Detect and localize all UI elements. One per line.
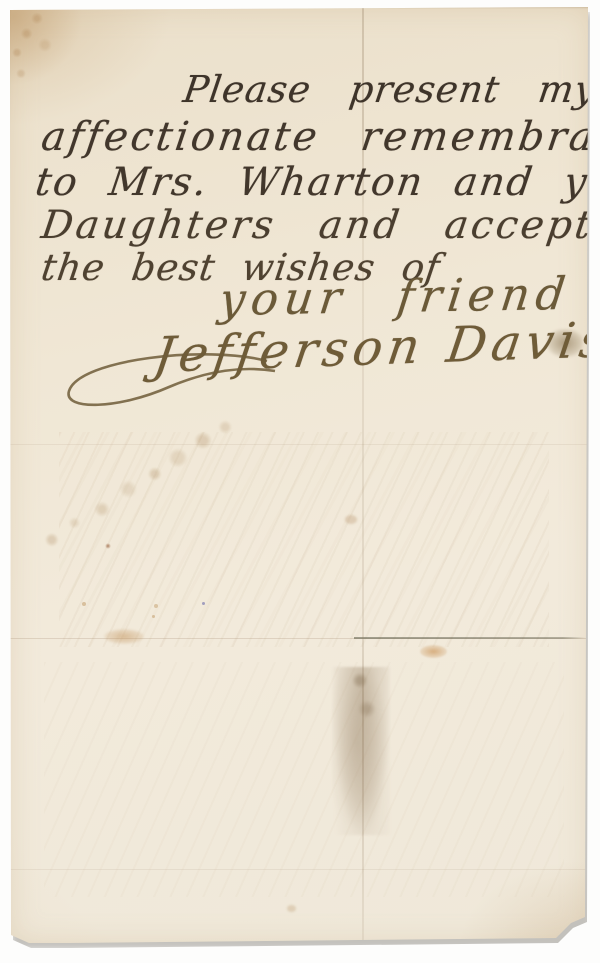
stain-speck (152, 615, 155, 618)
letter-line: Please present my (181, 71, 599, 108)
stain-speck-blue (202, 602, 205, 605)
stain-small-bottom (287, 905, 296, 912)
fold-crease-horizontal-lower (9, 869, 590, 870)
bleed-through-upper (59, 432, 549, 647)
fold-crease-dark-segment (354, 637, 586, 639)
fold-crease-horizontal-upper (9, 444, 590, 445)
letter-paper: Please present my affectionate remembran… (9, 7, 590, 945)
stain-speck (82, 602, 86, 606)
letter-signature: Jefferson Davis (151, 315, 600, 380)
stain-blob-left (104, 629, 144, 644)
letter-line: affectionate remembrance (39, 117, 600, 157)
fold-smudge-streak (332, 667, 390, 835)
letter-line: Daughters and accept (39, 206, 596, 245)
letter-scan: Please present my affectionate remembran… (0, 0, 600, 963)
foxing-spots-corner (9, 7, 89, 102)
stain-dot-red (105, 543, 111, 549)
stain-small-center (345, 515, 357, 524)
letter-line: to Mrs. Wharton and your (33, 163, 600, 202)
bleed-through-lower (44, 662, 564, 897)
stain-speck (154, 604, 158, 608)
stain-blob-right (420, 645, 447, 658)
